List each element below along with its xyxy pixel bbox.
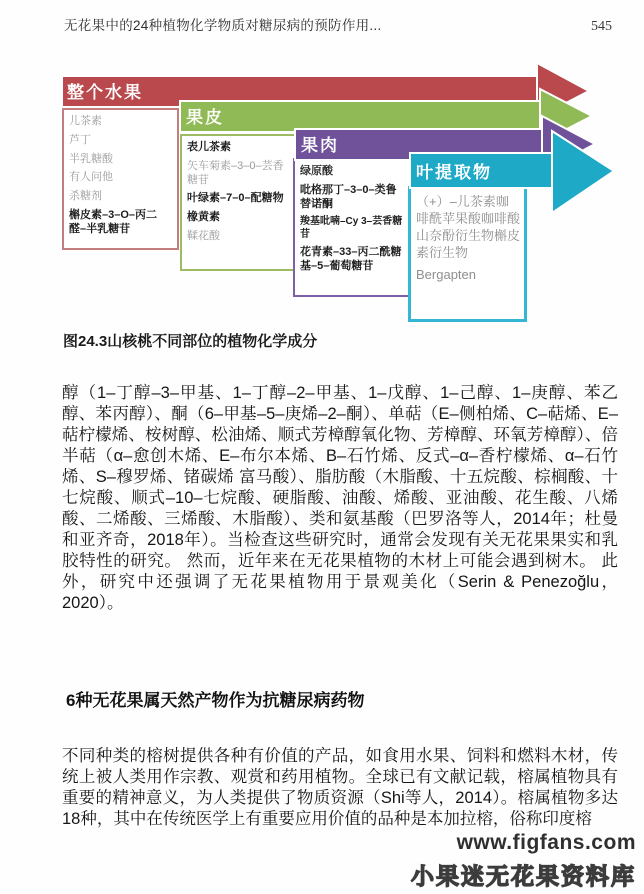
leaf-extract-label: 叶提取物 [416, 158, 492, 183]
chemical-item: Bergapten [416, 267, 520, 284]
running-title: 无花果中的24种植物化学物质对糖尿病的预防作用... [64, 14, 382, 34]
watermark: www.figfans.com 小果迷无花果资料库 [411, 831, 636, 891]
body-paragraph-2: 不同种类的榕树提供各种有价值的产品，如食用水果、饲料和燃料木材，传统上被人类用作… [62, 746, 618, 830]
peel-label: 果皮 [186, 103, 224, 128]
whole-fruit-label: 整个水果 [67, 78, 143, 103]
chemical-item: 吡格那丁–3–0–类鲁替诺酮 [300, 184, 407, 212]
body-paragraph-1: 醇（1–丁醇–3–甲基、1–丁醇–2–甲基、1–戊醇、1–己醇、1–庚醇、苯乙醇… [62, 383, 618, 614]
figure-24-3: 儿茶素 芦丁 半乳糖酸 有人问他 杀糖剂 槲皮素–3–O–丙二醛–半乳糖苷 表儿… [62, 55, 644, 327]
pulp-box: 绿原酸 吡格那丁–3–0–类鲁替诺酮 羧基吡喃–Cy 3–芸香糖苷 花青素–33… [293, 158, 413, 297]
watermark-url: www.figfans.com [411, 831, 636, 855]
whole-fruit-box: 儿茶素 芦丁 半乳糖酸 有人问他 杀糖剂 槲皮素–3–O–丙二醛–半乳糖苷 [62, 108, 179, 250]
chemical-item: 半乳糖酸 [69, 153, 173, 167]
chemical-item: 花青素–33–丙二酰糖基–5–葡萄糖苷 [300, 246, 407, 274]
chemical-item: 槲皮素–3–O–丙二醛–半乳糖苷 [69, 209, 173, 237]
document-page: { "header": { "title": "无花果中的24种植物化学物质对糖… [0, 0, 644, 894]
pulp-label: 果肉 [301, 131, 339, 156]
chemical-item: 有人问他 [69, 171, 173, 185]
chemical-item: 杀糖剂 [69, 190, 173, 204]
section-heading: 6种无花果属天然产物作为抗糖尿病药物 [66, 686, 364, 711]
chemical-item: 叶绿素–7–0–配糖物 [187, 192, 292, 206]
chemical-item: 矢车菊素–3–0–芸香糖苷 [187, 160, 292, 188]
watermark-site-name: 小果迷无花果资料库 [411, 858, 636, 891]
page-header: 无花果中的24种植物化学物质对糖尿病的预防作用... 545 [64, 14, 612, 35]
page-number: 545 [591, 19, 612, 35]
figure-caption: 图24.3山核桃不同部位的植物化学成分 [63, 330, 317, 351]
peel-box: 表儿茶素 矢车菊素–3–0–芸香糖苷 叶绿素–7–0–配糖物 橡黄素 鞣花酸 [180, 134, 298, 271]
chemical-item: 橡黄素 [187, 211, 292, 225]
chemical-item: 鞣花酸 [187, 230, 292, 244]
chemical-item: 羧基吡喃–Cy 3–芸香糖苷 [300, 216, 407, 241]
chemical-item: 芦丁 [69, 134, 173, 148]
